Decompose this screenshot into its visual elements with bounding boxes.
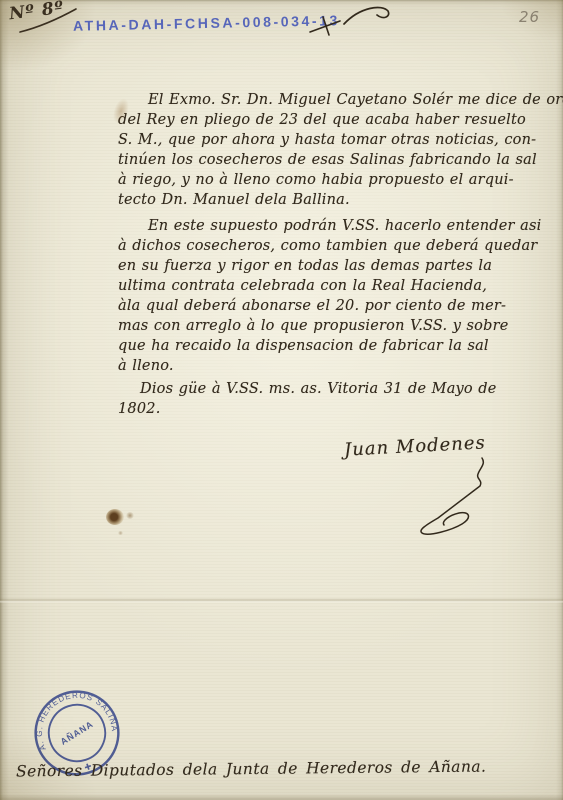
- manuscript-line: Dios güe à V.SS. ms. as. Vitoria 31 de M…: [118, 379, 528, 399]
- manuscript-line: El Exmo. Sr. Dn. Miguel Cayetano Solér m…: [118, 90, 528, 110]
- manuscript-line: S. M., que por ahora y hasta tomar otras…: [118, 130, 528, 150]
- ink-stain-speck: [118, 531, 123, 535]
- manuscript-line: mas con arreglo à lo que propusieron V.S…: [118, 316, 528, 336]
- manuscript-line: à riego, y no à lleno como habia propues…: [118, 170, 528, 190]
- signature-rubric-flourish: [398, 452, 508, 542]
- ink-stain-dot: [126, 512, 134, 519]
- manuscript-line: à dichos cosecheros, como tambien que de…: [118, 236, 528, 256]
- manuscript-line: tinúen los cosecheros de esas Salinas fa…: [118, 150, 528, 170]
- manuscript-line: àla qual deberá abonarse el 20. por cien…: [118, 296, 528, 316]
- manuscript-line: del Rey en pliego de 23 del que acaba ha…: [118, 110, 528, 130]
- manuscript-line: ultima contrata celebrada con la Real Ha…: [118, 276, 528, 296]
- manuscript-line: en su fuerza y rigor en todas las demas …: [118, 256, 528, 276]
- manuscript-line: tecto Dn. Manuel dela Ballina.: [118, 190, 528, 210]
- letter-body: El Exmo. Sr. Dn. Miguel Cayetano Solér m…: [118, 90, 528, 419]
- manuscript-line: En este supuesto podrán V.SS. hacerlo en…: [118, 216, 528, 236]
- manuscript-line: 1802.: [118, 399, 528, 419]
- fold-crease: [0, 598, 563, 603]
- stamp-arc-text: A. G. HEREDEROS SALINAS: [18, 674, 121, 760]
- stamp-center-text: AÑANA: [59, 719, 96, 747]
- ink-cross-mark: [300, 2, 400, 42]
- manuscript-line: à lleno.: [118, 356, 528, 376]
- address-line: Señores Diputados dela Junta de Heredero…: [16, 758, 486, 781]
- manuscript-line: que ha recaido la dispensacion de fabric…: [118, 336, 528, 356]
- folio-number: 26: [519, 8, 540, 26]
- document-page: Nº 8º ATHA-DAH-FCHSA-008-034-13 26 El Ex…: [0, 0, 563, 800]
- ink-stain: [106, 509, 124, 525]
